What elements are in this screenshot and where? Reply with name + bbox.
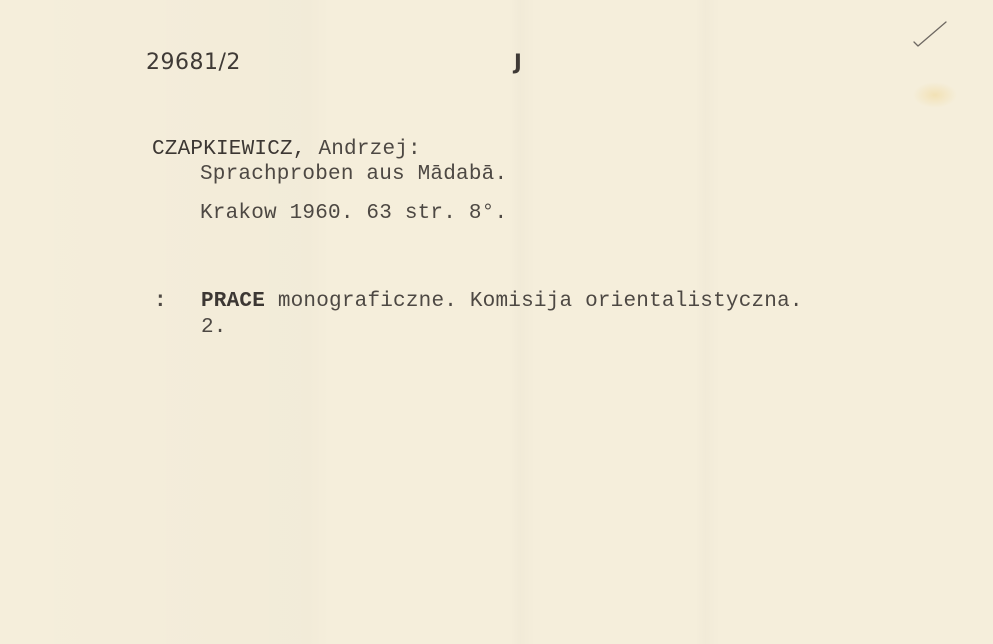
author-heading: CZAPKIEWICZ, Andrzej: <box>152 138 421 161</box>
catalog-card: 29681/2 J CZAPKIEWICZ, Andrzej: Sprachpr… <box>0 0 993 644</box>
series-number: 2. <box>201 316 227 339</box>
author-surname: CZAPKIEWICZ, <box>152 138 306 161</box>
series-statement: PRACE monograficzne. Komisija orientalis… <box>201 290 803 313</box>
title: Sprachproben aus Mādabā. <box>200 163 507 186</box>
series-marker: : <box>154 290 167 313</box>
location-code: J <box>514 50 522 74</box>
author-given-name: Andrzej: <box>318 138 420 161</box>
call-number: 29681/2 <box>146 50 241 75</box>
series-head: PRACE <box>201 290 265 313</box>
checkmark-icon <box>912 20 948 48</box>
series-rest: monograficzne. Komisija orientalistyczna… <box>278 290 803 313</box>
imprint: Krakow 1960. 63 str. 8°. <box>200 202 507 225</box>
